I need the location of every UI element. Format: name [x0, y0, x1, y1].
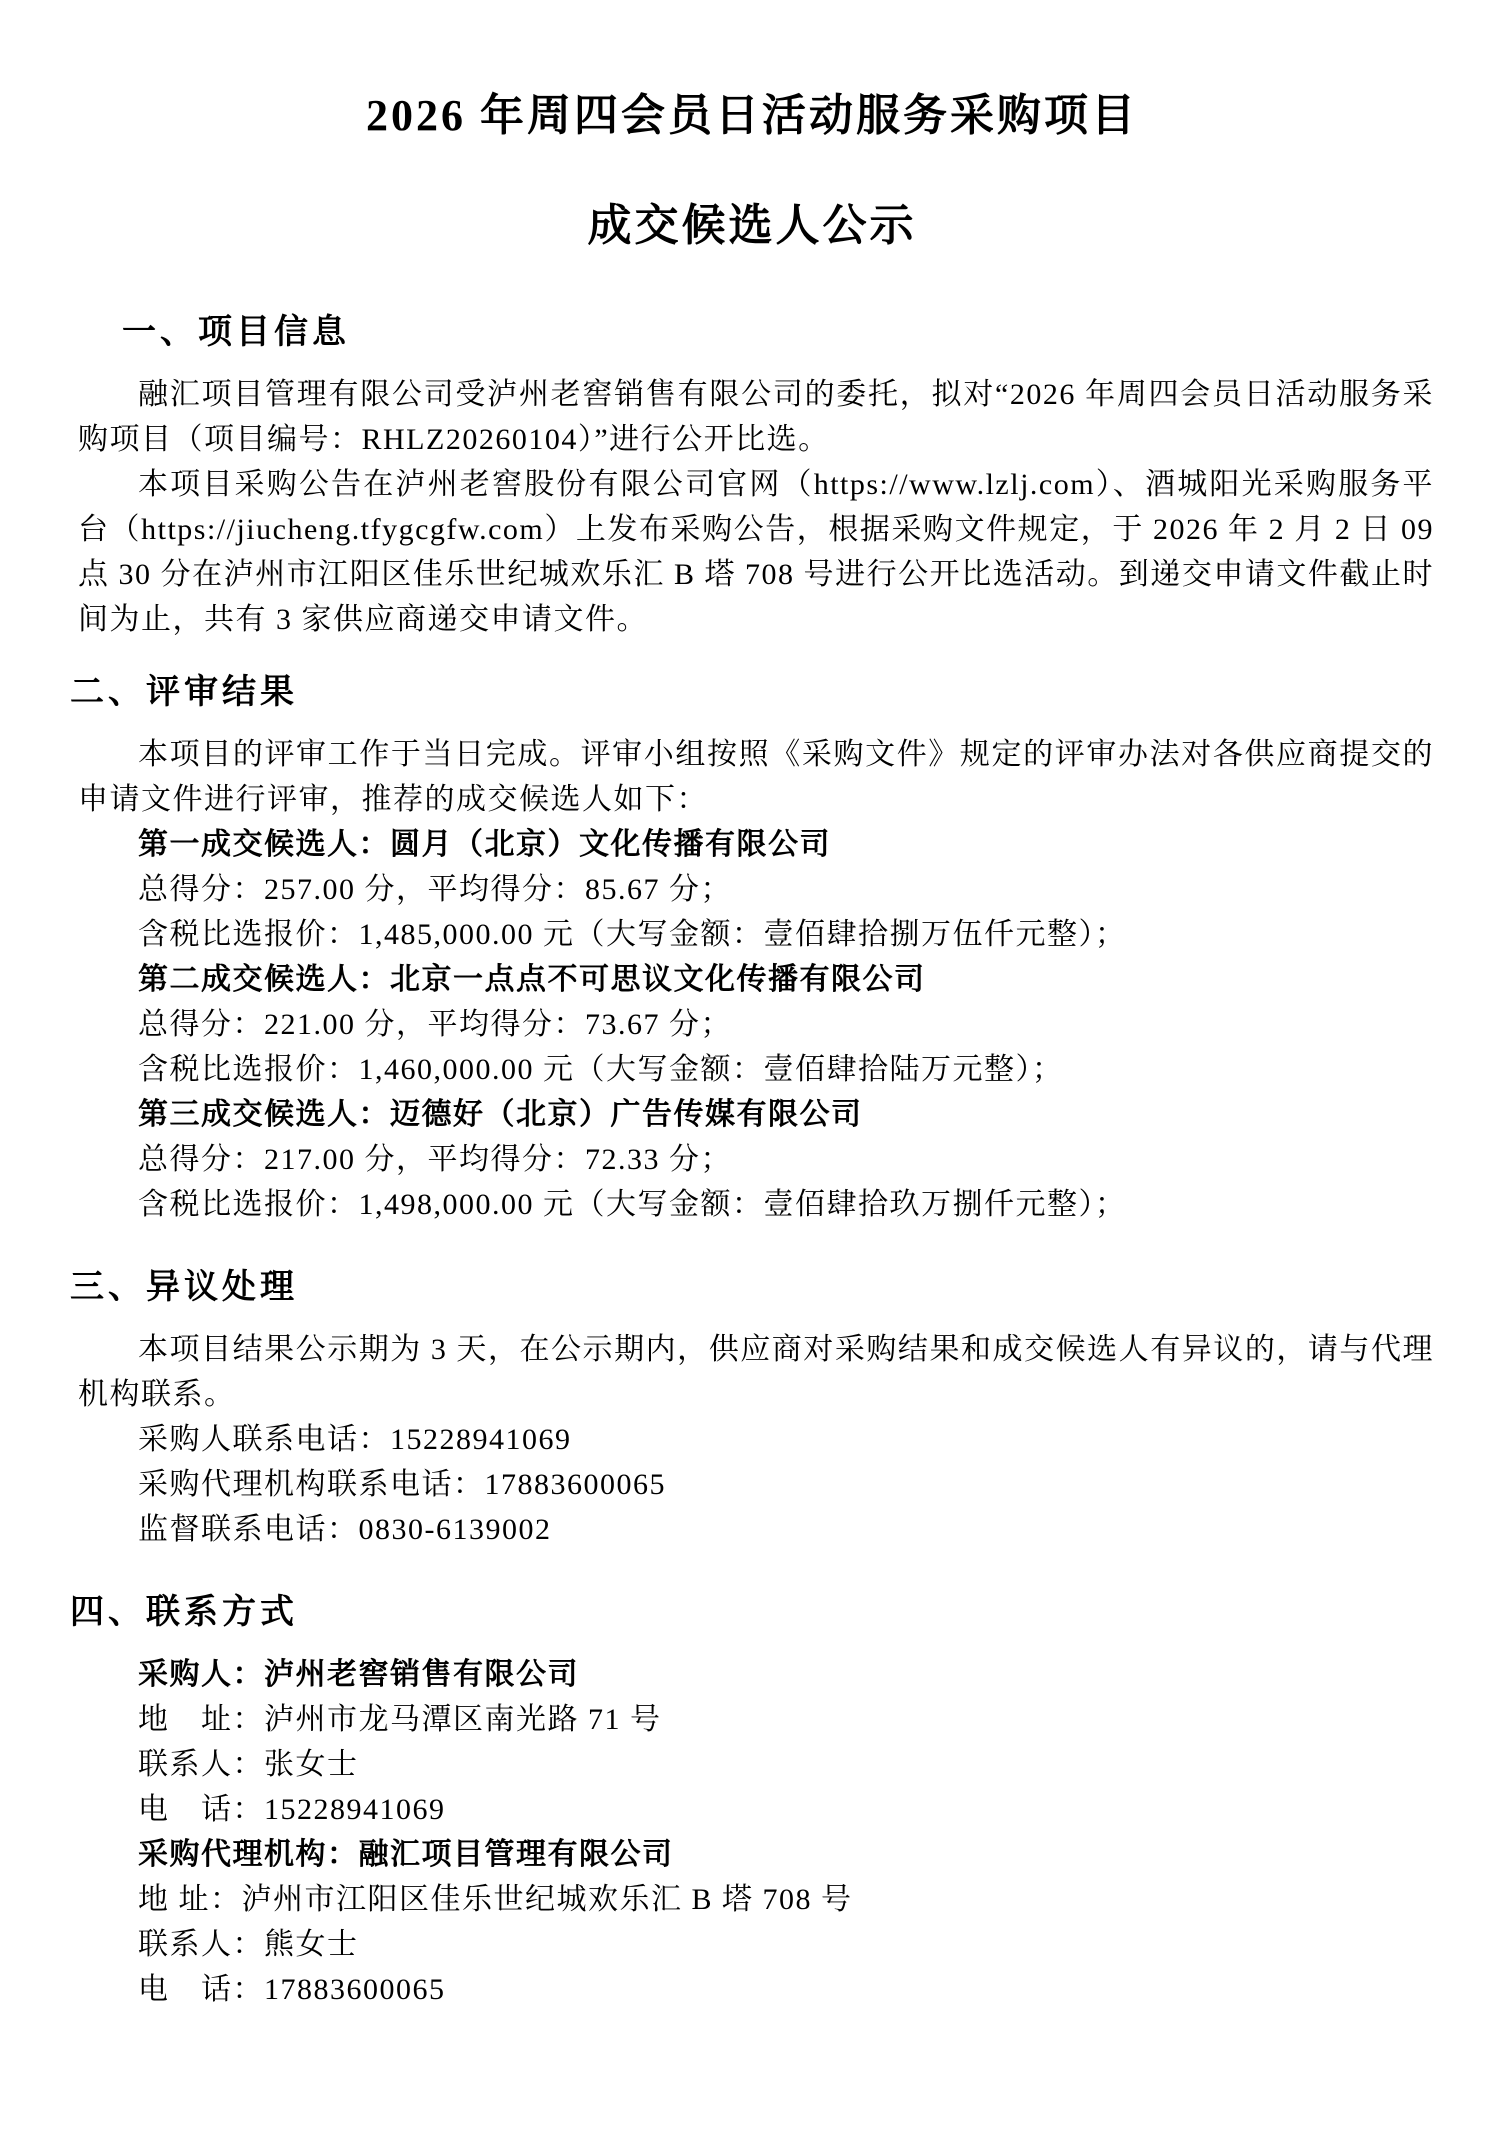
agency-name-line: 采购代理机构：融汇项目管理有限公司 [78, 1832, 1434, 1877]
review-intro-paragraph: 本项目的评审工作于当日完成。评审小组按照《采购文件》规定的评审办法对各供应商提交… [78, 732, 1434, 822]
agency-phone-line: 采购代理机构联系电话：17883600065 [78, 1462, 1434, 1507]
candidate-2: 第二成交候选人：北京一点点不可思议文化传播有限公司 总得分：221.00 分，平… [70, 957, 1434, 1092]
candidate-3: 第三成交候选人：迈德好（北京）广告传媒有限公司 总得分：217.00 分，平均得… [70, 1092, 1434, 1227]
candidate-1-price: 含税比选报价：1,485,000.00 元（大写金额：壹佰肆拾捌万伍仟元整）； [78, 912, 1434, 957]
candidate-1: 第一成交候选人：圆月（北京）文化传播有限公司 总得分：257.00 分，平均得分… [70, 822, 1434, 957]
purchaser-tel-line: 电 话：15228941069 [78, 1787, 1434, 1832]
purchaser-address-line: 地 址：泸州市龙马潭区南光路 71 号 [78, 1697, 1434, 1742]
section-3-heading: 三、异议处理 [70, 1263, 1434, 1311]
project-info-paragraph-2: 本项目采购公告在泸州老窖股份有限公司官网（https://www.lzlj.co… [78, 462, 1434, 642]
candidate-2-price: 含税比选报价：1,460,000.00 元（大写金额：壹佰肆拾陆万元整）； [78, 1047, 1434, 1092]
document-subtitle: 成交候选人公示 [70, 194, 1434, 258]
document-title: 2026 年周四会员日活动服务采购项目 [70, 84, 1434, 148]
supervision-phone-line: 监督联系电话：0830-6139002 [78, 1507, 1434, 1552]
candidate-3-price: 含税比选报价：1,498,000.00 元（大写金额：壹佰肆拾玖万捌仟元整）； [78, 1182, 1434, 1227]
section-4-heading: 四、联系方式 [70, 1588, 1434, 1636]
purchaser-contact-block: 采购人：泸州老窖销售有限公司 地 址：泸州市龙马潭区南光路 71 号 联系人：张… [70, 1652, 1434, 1832]
candidate-1-name: 第一成交候选人：圆月（北京）文化传播有限公司 [78, 822, 1434, 867]
agency-address-line: 地 址：泸州市江阳区佳乐世纪城欢乐汇 B 塔 708 号 [78, 1877, 1434, 1922]
section-project-info: 一、项目信息 融汇项目管理有限公司受泸州老窖销售有限公司的委托，拟对“2026 … [70, 308, 1434, 642]
objection-paragraph: 本项目结果公示期为 3 天，在公示期内，供应商对采购结果和成交候选人有异议的，请… [78, 1327, 1434, 1417]
agency-tel-line: 电 话：17883600065 [78, 1967, 1434, 2012]
agency-contact-block: 采购代理机构：融汇项目管理有限公司 地 址：泸州市江阳区佳乐世纪城欢乐汇 B 塔… [70, 1832, 1434, 2012]
purchaser-name-line: 采购人：泸州老窖销售有限公司 [78, 1652, 1434, 1697]
section-objection-handling: 三、异议处理 本项目结果公示期为 3 天，在公示期内，供应商对采购结果和成交候选… [70, 1263, 1434, 1552]
project-info-paragraph-1: 融汇项目管理有限公司受泸州老窖销售有限公司的委托，拟对“2026 年周四会员日活… [78, 372, 1434, 462]
candidate-2-score: 总得分：221.00 分，平均得分：73.67 分； [78, 1002, 1434, 1047]
purchaser-contact-line: 联系人：张女士 [78, 1742, 1434, 1787]
section-contact-info: 四、联系方式 采购人：泸州老窖销售有限公司 地 址：泸州市龙马潭区南光路 71 … [70, 1588, 1434, 2012]
candidate-1-score: 总得分：257.00 分，平均得分：85.67 分； [78, 867, 1434, 912]
section-1-heading: 一、项目信息 [122, 308, 1434, 356]
candidate-3-name: 第三成交候选人：迈德好（北京）广告传媒有限公司 [78, 1092, 1434, 1137]
candidate-3-score: 总得分：217.00 分，平均得分：72.33 分； [78, 1137, 1434, 1182]
document-page: 2026 年周四会员日活动服务采购项目 成交候选人公示 一、项目信息 融汇项目管… [0, 0, 1500, 2136]
section-review-results: 二、评审结果 本项目的评审工作于当日完成。评审小组按照《采购文件》规定的评审办法… [70, 668, 1434, 1227]
section-2-heading: 二、评审结果 [70, 668, 1434, 716]
agency-contact-line: 联系人：熊女士 [78, 1922, 1434, 1967]
purchaser-phone-line: 采购人联系电话：15228941069 [78, 1417, 1434, 1462]
candidate-2-name: 第二成交候选人：北京一点点不可思议文化传播有限公司 [78, 957, 1434, 1002]
